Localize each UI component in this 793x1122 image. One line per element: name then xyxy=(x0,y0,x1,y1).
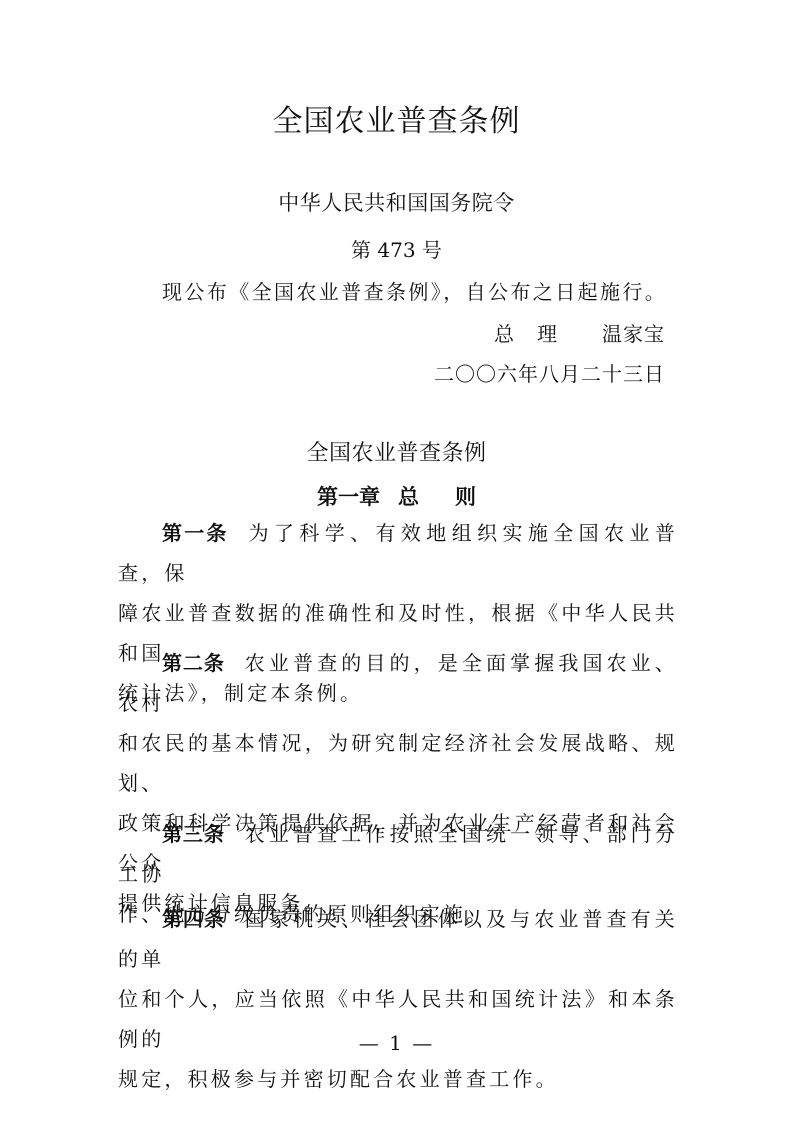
article-label: 第二条 xyxy=(162,651,225,675)
chapter-heading: 第一章总则 xyxy=(0,481,793,511)
article-label: 第四条 xyxy=(162,907,225,931)
article-label: 第一条 xyxy=(162,521,229,545)
regulation-title: 全国农业普查条例 xyxy=(0,436,793,467)
chapter-title-part2: 则 xyxy=(455,485,476,509)
promulgation-date: 二〇〇六年八月二十三日 xyxy=(434,358,665,387)
promulgation-statement: 现公布《全国农业普查条例》，自公布之日起施行。 xyxy=(162,276,667,305)
document-title: 全国农业普查条例 xyxy=(0,96,793,140)
order-number: 第 473 号 xyxy=(0,234,793,263)
article-label: 第三条 xyxy=(162,822,225,846)
chapter-number: 第一章 xyxy=(317,485,380,509)
article-4: 第四条国家机关、社会团体以及与农业普查有关的单 位和个人，应当依照《中华人民共和… xyxy=(118,899,678,1099)
page-number: — 1 — xyxy=(0,1031,793,1055)
article-text-line: 和农民的基本情况，为研究制定经济社会发展战略、规划、 xyxy=(118,723,678,803)
chapter-title-part1: 总 xyxy=(398,485,419,509)
order-issuer: 中华人民共和国国务院令 xyxy=(0,187,793,217)
article-text-line: 规定，积极参与并密切配合农业普查工作。 xyxy=(118,1059,678,1099)
signature-line: 总理温家宝 xyxy=(494,318,665,347)
signatory-title-part2: 理 xyxy=(537,322,558,346)
signatory-title-part1: 总 xyxy=(494,322,515,346)
signatory-name: 温家宝 xyxy=(602,322,665,346)
